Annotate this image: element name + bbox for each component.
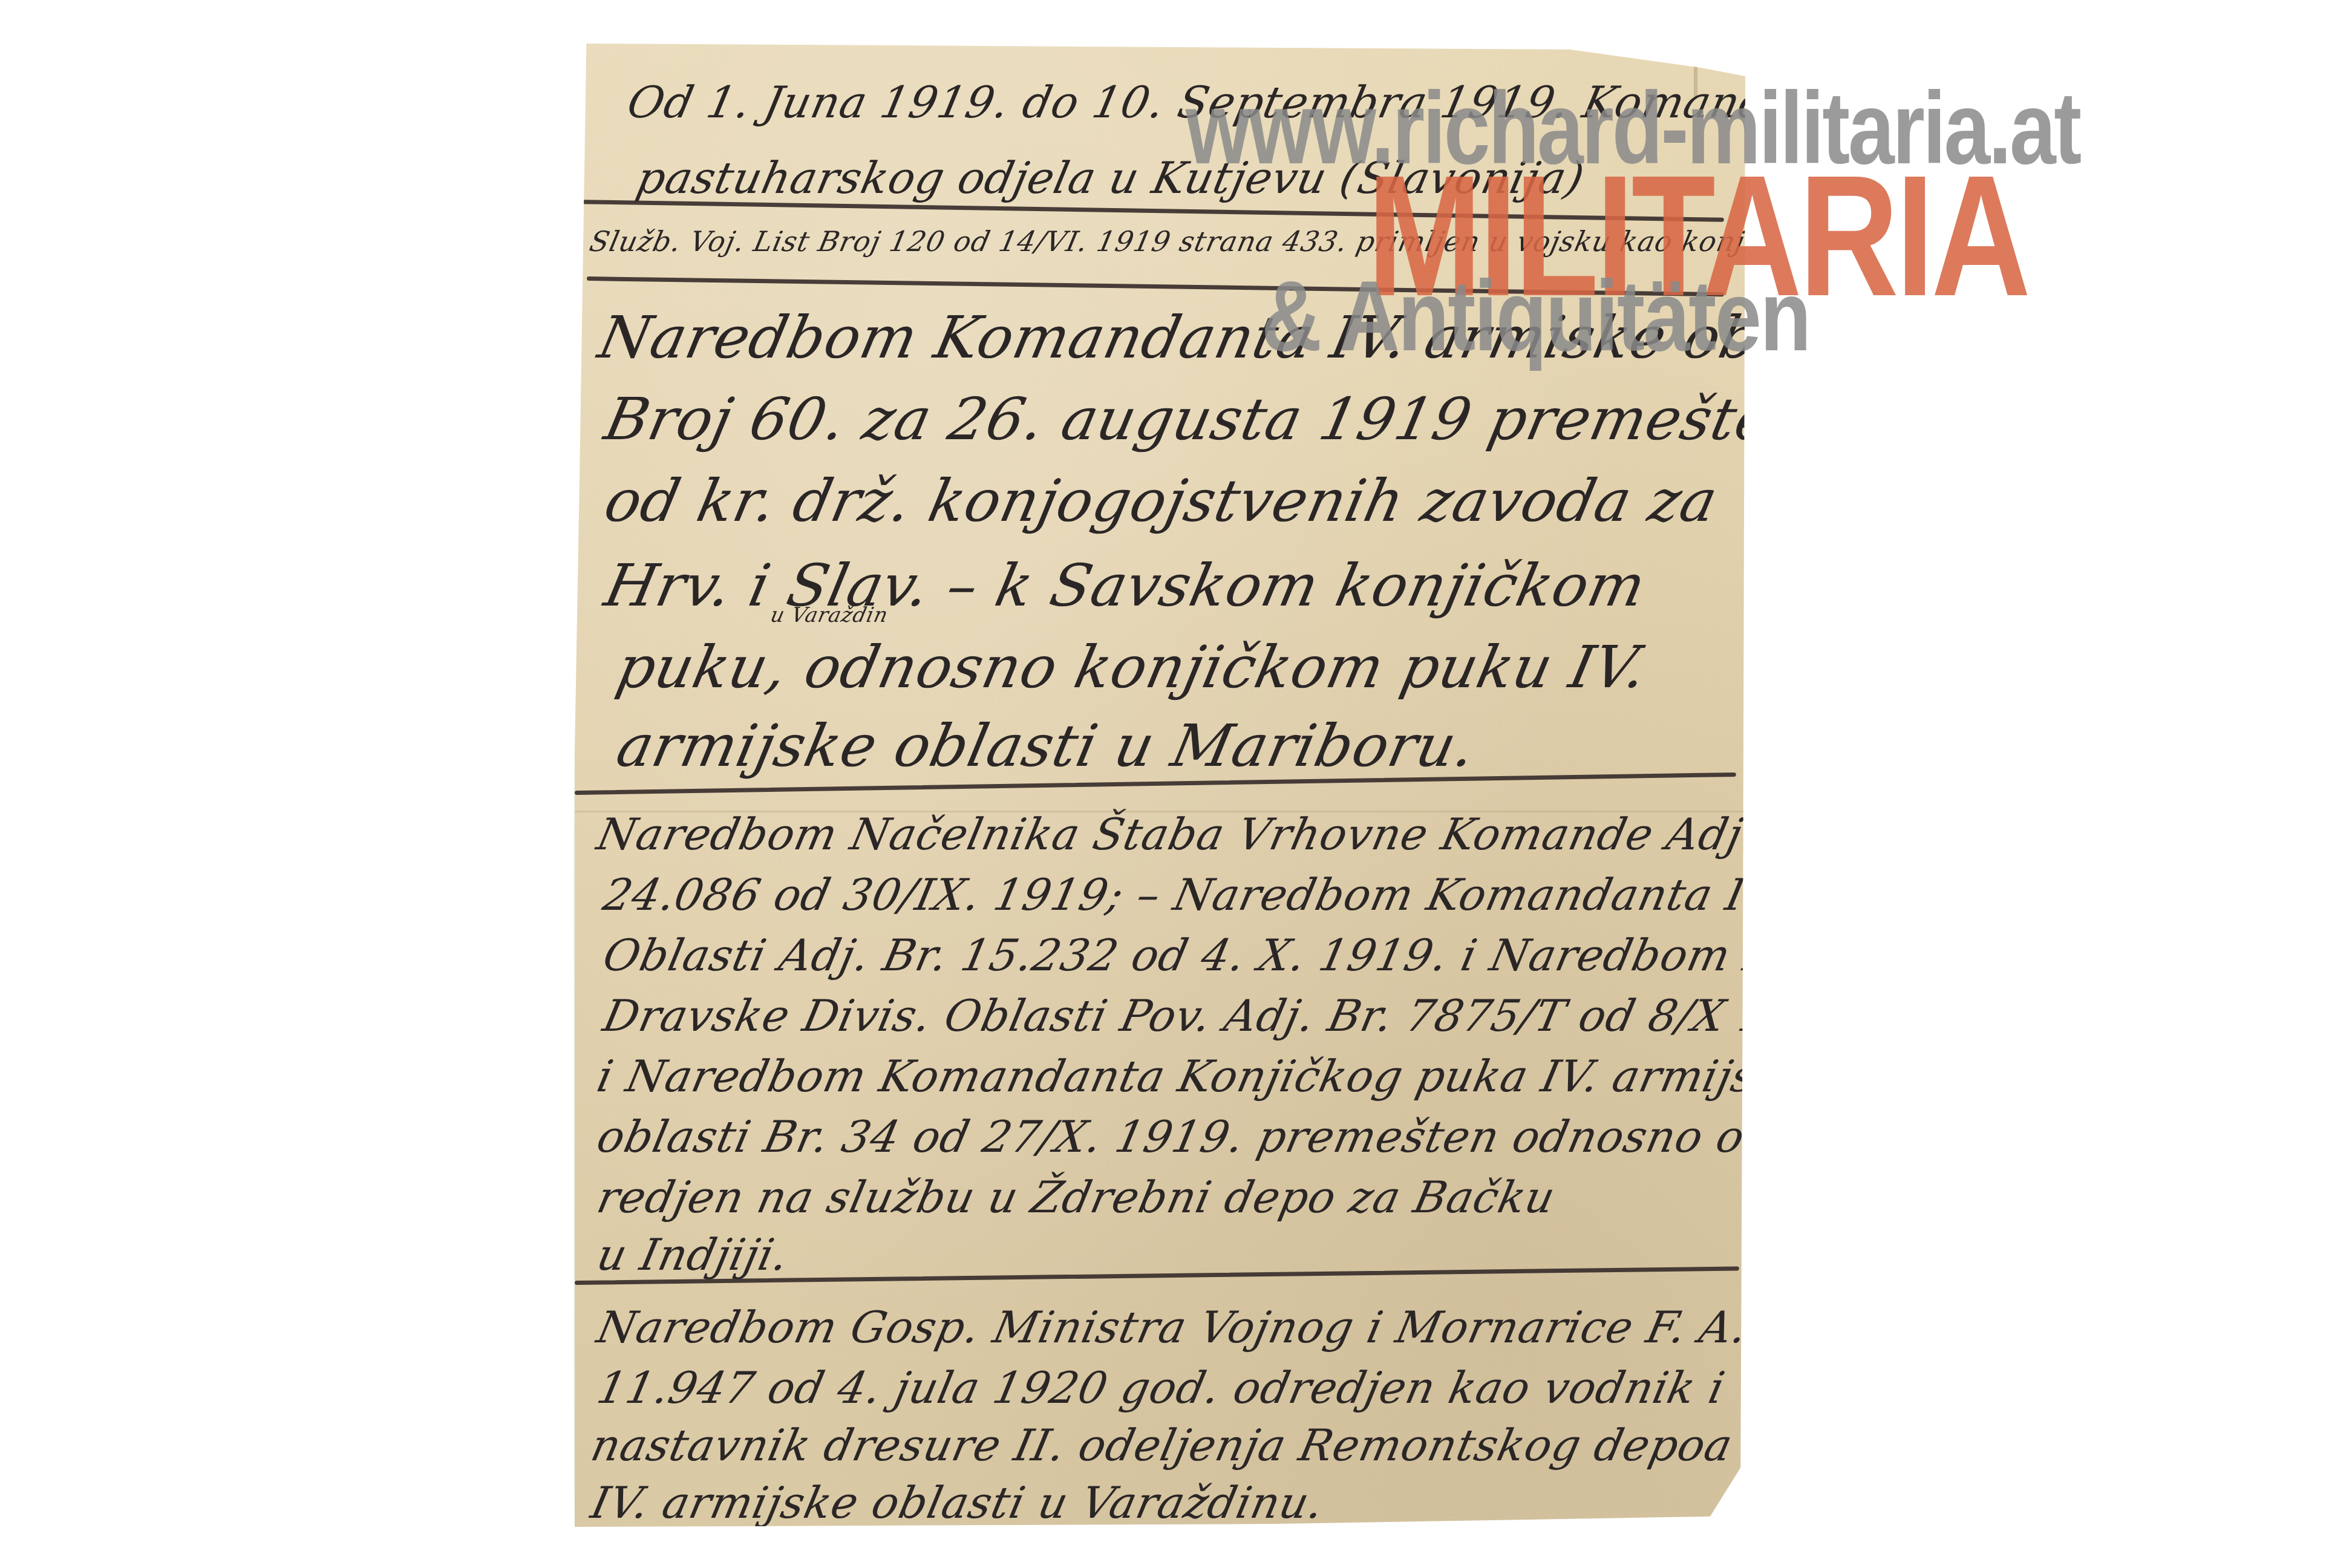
- entry-line: u Indjiji.: [593, 1229, 794, 1280]
- entry-line: oblasti Br. 34 od 27/X. 1919. premešten …: [593, 1111, 1793, 1162]
- entry-line: armijske oblasti u Mariboru.: [611, 712, 1481, 780]
- entry-line: Hrv. i Slav. – k Savskom konjičkom: [599, 552, 1651, 619]
- entry-line: i Naredbom Komandanta Konjičkog puka IV.…: [593, 1051, 1814, 1102]
- entry-line: Broj 60. za 26. augusta 1919 premešten: [599, 385, 1816, 453]
- entry-line: puku, odnosno konjičkom puku IV.: [611, 633, 1653, 701]
- entry-line: 24.086 od 30/IX. 1919; – Naredbom Komand…: [599, 869, 1906, 920]
- watermark-tagline: & Antiquitäten: [1261, 266, 1810, 366]
- interlinear-note: u Varaždin: [768, 603, 890, 627]
- entry-line: Dravske Divis. Oblasti Pov. Adj. Br. 787…: [599, 990, 1858, 1041]
- entry-line: nastavnik dresure II. odeljenja Remontsk…: [587, 1420, 1737, 1471]
- entry-line: Oblasti Adj. Br. 15.232 od 4. X. 1919. i…: [599, 930, 1856, 981]
- entry-line: 11.947 od 4. jula 1920 god. odredjen kao…: [593, 1362, 1730, 1413]
- entry-line: Naredbom Gosp. Ministra Vojnog i Mornari…: [593, 1302, 1831, 1353]
- entry-line: Naredbom Načelnika Štaba Vrhovne Komande…: [593, 809, 1840, 860]
- entry-line: IV. armijske oblasti u Varaždinu.: [587, 1477, 1328, 1528]
- entry-line: redjen na službu u Ždrebni depo za Bačku: [593, 1172, 1560, 1223]
- entry-line: od kr. drž. konjogojstvenih zavoda za: [599, 467, 1723, 535]
